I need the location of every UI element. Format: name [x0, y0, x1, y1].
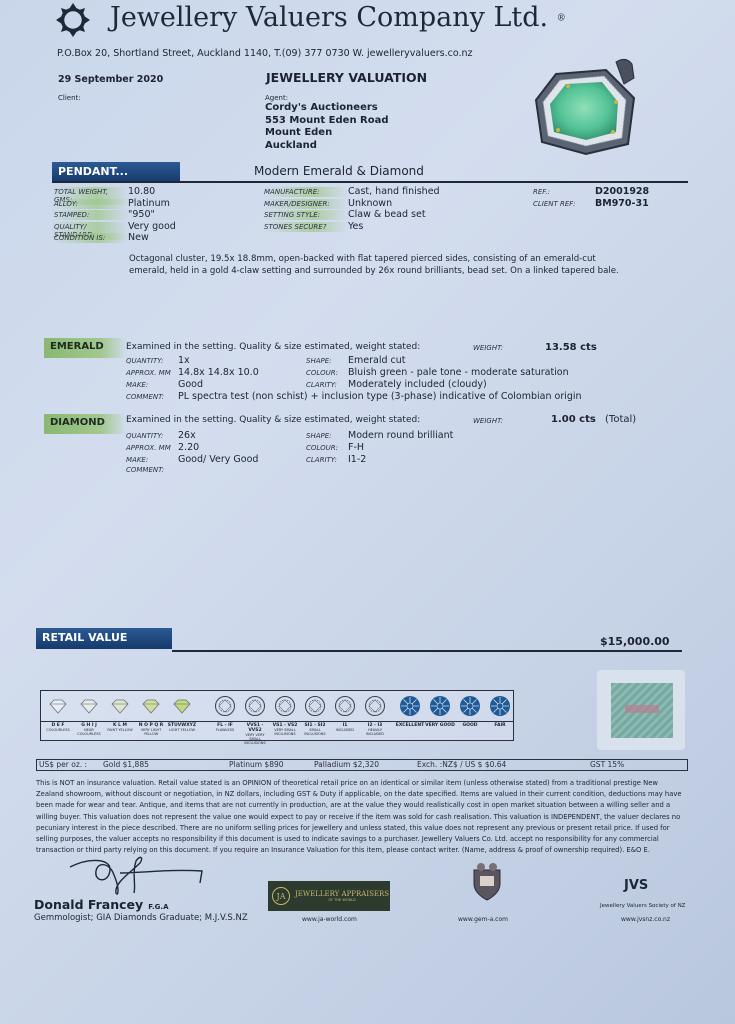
field-label: COMMENT:: [126, 393, 178, 401]
clarity-grade-item: VS1 - VS2Very small inclusions: [270, 694, 300, 737]
diamond-side-icon: [47, 698, 69, 714]
field-alloy: Platinum: [128, 198, 170, 209]
grade-description: Light yellow: [167, 729, 197, 733]
item-title-rule: [52, 181, 688, 183]
stone-right-fields: SHAPE:Emerald cut COLOUR:Bluish green - …: [306, 355, 569, 391]
field-clarity: I1-2: [348, 454, 366, 465]
field-label: MANUFACTURE:: [262, 187, 348, 197]
jvs-caption: Jewellery Valuers Society of NZ: [600, 903, 685, 909]
item-mid-fields: MANUFACTURE:Cast, hand finished MAKER/DE…: [262, 186, 440, 232]
signatory-postnominal: F.G.A: [148, 903, 168, 911]
colour-grade-item: N O P Q RVery light yellow: [136, 694, 166, 737]
disclaimer-text: This is NOT an insurance valuation. Reta…: [36, 778, 686, 856]
item-title: Modern Emerald & Diamond: [254, 164, 424, 178]
signatory-name-text: Donald Francey: [34, 897, 143, 912]
pendant-photo: [528, 52, 658, 162]
field-label: STAMPED:: [52, 210, 128, 220]
field-comment: PL spectra test (non schist) + inclusion…: [178, 391, 582, 402]
stone-right-fields: SHAPE:Modern round brilliant COLOUR:F-H …: [306, 430, 453, 466]
diamond-top-icon: [274, 695, 296, 717]
cut-diamond-icon: [489, 695, 511, 717]
clarity-grade-item: FL - IFFlawless: [210, 694, 240, 733]
stone-tag-diamond: DIAMOND: [44, 414, 126, 434]
field-label: COMMENT:: [126, 466, 178, 474]
valuation-date: 29 September 2020: [58, 74, 163, 85]
field-label: SHAPE:: [306, 432, 348, 440]
field-label: MAKER/DESIGNER:: [262, 199, 348, 209]
item-description: Octagonal cluster, 19.5x 18.8mm, open-ba…: [129, 254, 634, 277]
field-client-ref: BM970-31: [595, 198, 649, 209]
field-label: CONDITION IS:: [52, 233, 128, 243]
cut-grade-item: FAIR: [485, 694, 515, 729]
item-category-tag: PENDANT...: [52, 162, 180, 182]
field-label: ALLOY:: [52, 199, 128, 209]
colour-grade-item: K L MFaint yellow: [105, 694, 135, 733]
clarity-grade-item: I2 - I3Heavily included: [360, 694, 390, 737]
clarity-grade-item: VVS1 - VVS2Very very small inclusions: [240, 694, 270, 745]
field-make: Good/ Very Good: [178, 454, 258, 465]
grade-description: Flawless: [210, 729, 240, 733]
client-label: Client:: [58, 94, 81, 102]
ja-logo-text: JEWELLERY APPRAISERS: [295, 890, 389, 898]
platinum-price: Platinum $890: [229, 760, 284, 769]
agent-line: Cordy's Auctioneers: [265, 102, 389, 115]
grade-description: Near colourless: [74, 729, 104, 737]
palladium-price: Palladium $2,320: [314, 760, 379, 769]
field-approx-mm: 14.8x 14.8x 10.0: [178, 367, 259, 378]
ja-world-url[interactable]: www.ja-world.com: [302, 916, 357, 923]
gst-rate: GST 15%: [590, 760, 624, 769]
cut-diamond-icon: [459, 695, 481, 717]
document-title: JEWELLERY VALUATION: [266, 70, 427, 85]
field-label: MAKE:: [126, 381, 178, 389]
hologram-seal: [597, 670, 685, 750]
jvs-url[interactable]: www.jvsnz.co.nz: [621, 916, 670, 923]
company-address: P.O.Box 20, Shortland Street, Auckland 1…: [57, 48, 473, 59]
diamond-side-icon: [109, 698, 131, 714]
ja-world-logo: JA JEWELLERY APPRAISERS OF THE WORLD: [268, 881, 390, 911]
field-colour: Bluish green - pale tone - moderate satu…: [348, 367, 569, 378]
grade-name: GOOD: [455, 724, 485, 729]
cut-grade-item: GOOD: [455, 694, 485, 729]
clarity-grade-item: I1Included: [330, 694, 360, 733]
colour-grade-item: D E FColourless: [43, 694, 73, 733]
field-label: MAKE:: [126, 456, 178, 464]
grade-description: Colourless: [43, 729, 73, 733]
registered-mark: ®: [557, 14, 566, 24]
diamond-top-icon: [214, 695, 236, 717]
signatory-name: Donald Francey F.G.A: [34, 894, 168, 913]
cut-grade-item: VERY GOOD: [425, 694, 455, 729]
exchange-rate: Exch. :NZ$ / US $ $0.64: [417, 760, 506, 769]
stone-weight-diamond: 1.00 cts (Total): [551, 414, 636, 425]
field-label: APPROX. MM: [126, 369, 178, 377]
agent-address: Cordy's Auctioneers 553 Mount Eden Road …: [265, 102, 389, 152]
field-colour: F-H: [348, 442, 364, 453]
stone-weight-label: WEIGHT:: [473, 344, 503, 352]
stone-weight-value: 1.00 cts: [551, 414, 596, 425]
field-label: CLARITY:: [306, 381, 348, 389]
ja-emblem-icon: JA: [272, 887, 290, 905]
field-stamped: "950": [128, 209, 155, 220]
field-label: SETTING STYLE:: [262, 210, 348, 220]
diamond-top-icon: [244, 695, 266, 717]
agent-line: 553 Mount Eden Road: [265, 115, 389, 128]
field-ref: D2001928: [595, 186, 649, 197]
field-label: SHAPE:: [306, 357, 348, 365]
field-shape: Modern round brilliant: [348, 430, 453, 441]
item-left-fields: TOTAL WEIGHT, Gms:10.80 ALLOY:Platinum S…: [52, 186, 176, 244]
grade-name: EXCELLENT: [395, 724, 425, 729]
colour-grade-item: STUVWXYZLight yellow: [167, 694, 197, 733]
grade-description: Very light yellow: [136, 729, 166, 737]
field-label: COLOUR:: [306, 444, 348, 452]
clarity-grade-item: SI1 - SI2Small inclusions: [300, 694, 330, 737]
stone-intro: Examined in the setting. Quality & size …: [126, 415, 420, 425]
grade-description: Very very small inclusions: [240, 734, 270, 746]
gem-a-crest-icon: [470, 862, 504, 902]
signatory-credentials: Gemmologist; GIA Diamonds Graduate; M.J.…: [34, 913, 248, 923]
stone-left-fields: QUANTITY:26x APPROX. MM2.20 MAKE:Good/ V…: [126, 430, 258, 478]
field-clarity: Moderately included (cloudy): [348, 379, 487, 390]
jvs-logo: JVS: [624, 878, 648, 893]
diamond-side-icon: [171, 698, 193, 714]
ja-logo-subtext: OF THE WORLD: [295, 898, 389, 902]
gem-a-url[interactable]: www.gem-a.com: [458, 916, 508, 923]
gold-price: Gold $1,885: [103, 760, 149, 769]
diamond-side-icon: [140, 698, 162, 714]
field-label: CLIENT REF:: [533, 200, 595, 208]
colour-grade-item: G H I JNear colourless: [74, 694, 104, 737]
field-label: COLOUR:: [306, 369, 348, 377]
cut-diamond-icon: [399, 695, 421, 717]
grade-description: Small inclusions: [300, 729, 330, 737]
stone-weight-emerald: 13.58 cts: [545, 342, 597, 353]
diamond-side-icon: [78, 698, 100, 714]
field-total-weight: 10.80: [128, 186, 155, 197]
retail-value-amount: $15,000.00: [600, 635, 670, 648]
field-label: QUANTITY:: [126, 432, 178, 440]
agent-line: Auckland: [265, 140, 389, 153]
grade-name: FAIR: [485, 724, 515, 729]
field-label: STONES SECURE?: [262, 222, 348, 232]
field-stones-secure: Yes: [348, 221, 363, 232]
field-quality: Very good: [128, 221, 176, 232]
diamond-grading-chart: D E FColourlessG H I JNear colourlessK L…: [40, 690, 514, 741]
item-ref-fields: REF.:D2001928 CLIENT REF:BM970-31: [533, 186, 649, 209]
star-ring-logo-icon: [55, 2, 91, 38]
field-shape: Emerald cut: [348, 355, 406, 366]
retail-value-tag: RETAIL VALUE: [36, 628, 172, 649]
grade-description: Heavily included: [360, 729, 390, 737]
diamond-top-icon: [304, 695, 326, 717]
field-label: QUANTITY:: [126, 357, 178, 365]
agent-label: Agent:: [265, 94, 288, 102]
prices-label: US$ per oz. :: [39, 760, 87, 769]
field-setting-style: Claw & bead set: [348, 209, 426, 220]
field-maker: Unknown: [348, 198, 392, 209]
field-manufacture: Cast, hand finished: [348, 186, 440, 197]
stone-weight-label: WEIGHT:: [473, 417, 503, 425]
field-quantity: 1x: [178, 355, 190, 366]
company-name: Jewellery Valuers Company Ltd. ®: [110, 2, 566, 33]
field-condition: New: [128, 232, 149, 243]
stone-weight-note: (Total): [605, 414, 636, 425]
company-logo: [55, 2, 91, 38]
grade-description: Faint yellow: [105, 729, 135, 733]
field-make: Good: [178, 379, 203, 390]
retail-value-rule: [172, 650, 682, 652]
cut-diamond-icon: [429, 695, 451, 717]
grade-name: VERY GOOD: [425, 724, 455, 729]
company-name-text: Jewellery Valuers Company Ltd.: [110, 2, 548, 33]
field-label: REF.:: [533, 188, 595, 196]
diamond-top-icon: [334, 695, 356, 717]
metal-prices-bar: US$ per oz. : Gold $1,885 Platinum $890 …: [36, 759, 688, 771]
agent-line: Mount Eden: [265, 127, 389, 140]
cut-grade-item: EXCELLENT: [395, 694, 425, 729]
grade-description: Very small inclusions: [270, 729, 300, 737]
field-label: APPROX. MM: [126, 444, 178, 452]
field-label: CLARITY:: [306, 456, 348, 464]
stone-tag-emerald: EMERALD: [44, 338, 126, 358]
diamond-top-icon: [364, 695, 386, 717]
grade-description: Included: [330, 729, 360, 733]
field-approx-mm: 2.20: [178, 442, 199, 453]
stone-intro: Examined in the setting. Quality & size …: [126, 342, 420, 352]
field-quantity: 26x: [178, 430, 196, 441]
